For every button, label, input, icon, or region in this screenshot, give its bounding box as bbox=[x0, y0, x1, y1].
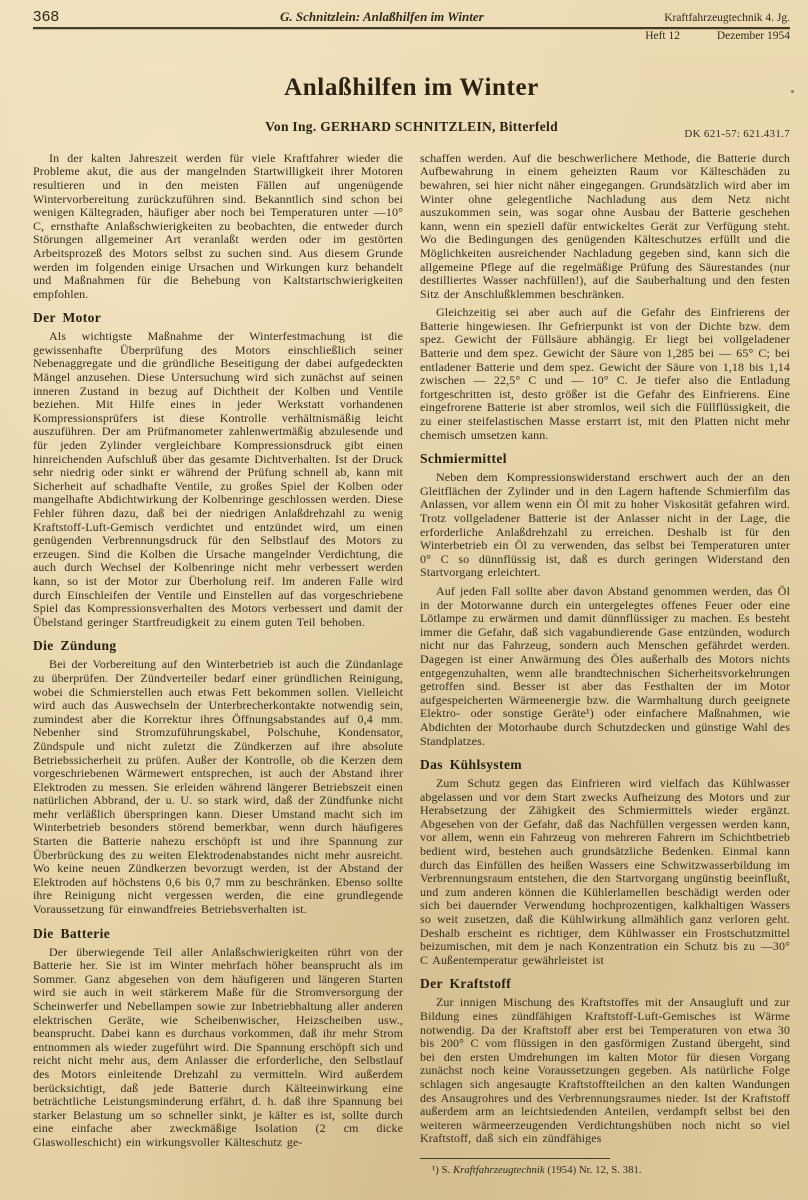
paragraph: Neben dem Kompressionswiderstand erschwe… bbox=[420, 471, 790, 580]
article-byline: Von Ing. GERHARD SCHNITZLEIN, Bitterfeld bbox=[33, 119, 790, 135]
section-heading: Das Kühlsystem bbox=[420, 757, 790, 773]
article-body: In der kalten Jahreszeit werden für viel… bbox=[33, 152, 790, 1176]
dk-classification: DK 621-57: 621.431.7 bbox=[684, 128, 790, 140]
print-speck bbox=[791, 90, 794, 93]
issue-number: Heft 12 bbox=[645, 30, 680, 42]
header-rule bbox=[33, 27, 790, 29]
issue-date: Dezember 1954 bbox=[717, 30, 790, 42]
footnote-rule bbox=[420, 1158, 610, 1159]
byline-row: Von Ing. GERHARD SCHNITZLEIN, Bitterfeld… bbox=[33, 119, 790, 135]
section-heading: Schmiermittel bbox=[420, 451, 790, 467]
paragraph: Der überwiegende Teil aller Anlaßschwier… bbox=[33, 946, 403, 1150]
paragraph: In der kalten Jahreszeit werden für viel… bbox=[33, 152, 403, 302]
section-heading: Die Batterie bbox=[33, 926, 403, 942]
page-number: 368 bbox=[33, 8, 60, 25]
footnote: ¹) S. Kraftfahrzeugtechnik (1954) Nr. 12… bbox=[420, 1158, 790, 1176]
paragraph: Auf jeden Fall sollte aber davon Abstand… bbox=[420, 585, 790, 748]
section-heading: Der Kraftstoff bbox=[420, 976, 790, 992]
article-title: Anlaßhilfen im Winter bbox=[33, 74, 790, 102]
section-heading: Der Motor bbox=[33, 310, 403, 326]
journal-page: 368 G. Schnitzlein: Anlaßhilfen im Winte… bbox=[0, 0, 808, 1200]
page-header: 368 G. Schnitzlein: Anlaßhilfen im Winte… bbox=[33, 8, 790, 42]
issue-line: Heft 12 Dezember 1954 bbox=[33, 30, 790, 42]
paragraph: Bei der Vorbereitung auf den Winterbetri… bbox=[33, 658, 403, 916]
section-heading: Die Zündung bbox=[33, 638, 403, 654]
paragraph: Zur innigen Mischung des Kraftstoffes mi… bbox=[420, 996, 790, 1146]
right-column: schaffen werden. Auf die beschwerlichere… bbox=[420, 152, 790, 1176]
paragraph: Als wichtigste Maßnahme der Winterfestma… bbox=[33, 330, 403, 629]
paragraph: schaffen werden. Auf die beschwerlichere… bbox=[420, 152, 790, 302]
running-title: G. Schnitzlein: Anlaßhilfen im Winter bbox=[60, 9, 665, 25]
journal-name: Kraftfahrzeugtechnik 4. Jg. bbox=[664, 12, 790, 24]
left-column: In der kalten Jahreszeit werden für viel… bbox=[33, 152, 403, 1176]
print-speck bbox=[300, 560, 302, 562]
paragraph: Zum Schutz gegen das Einfrieren wird vie… bbox=[420, 777, 790, 967]
paragraph: Gleichzeitig sei aber auch auf die Gefah… bbox=[420, 306, 790, 442]
footnote-text: ¹) S. Kraftfahrzeugtechnik (1954) Nr. 12… bbox=[420, 1164, 790, 1176]
